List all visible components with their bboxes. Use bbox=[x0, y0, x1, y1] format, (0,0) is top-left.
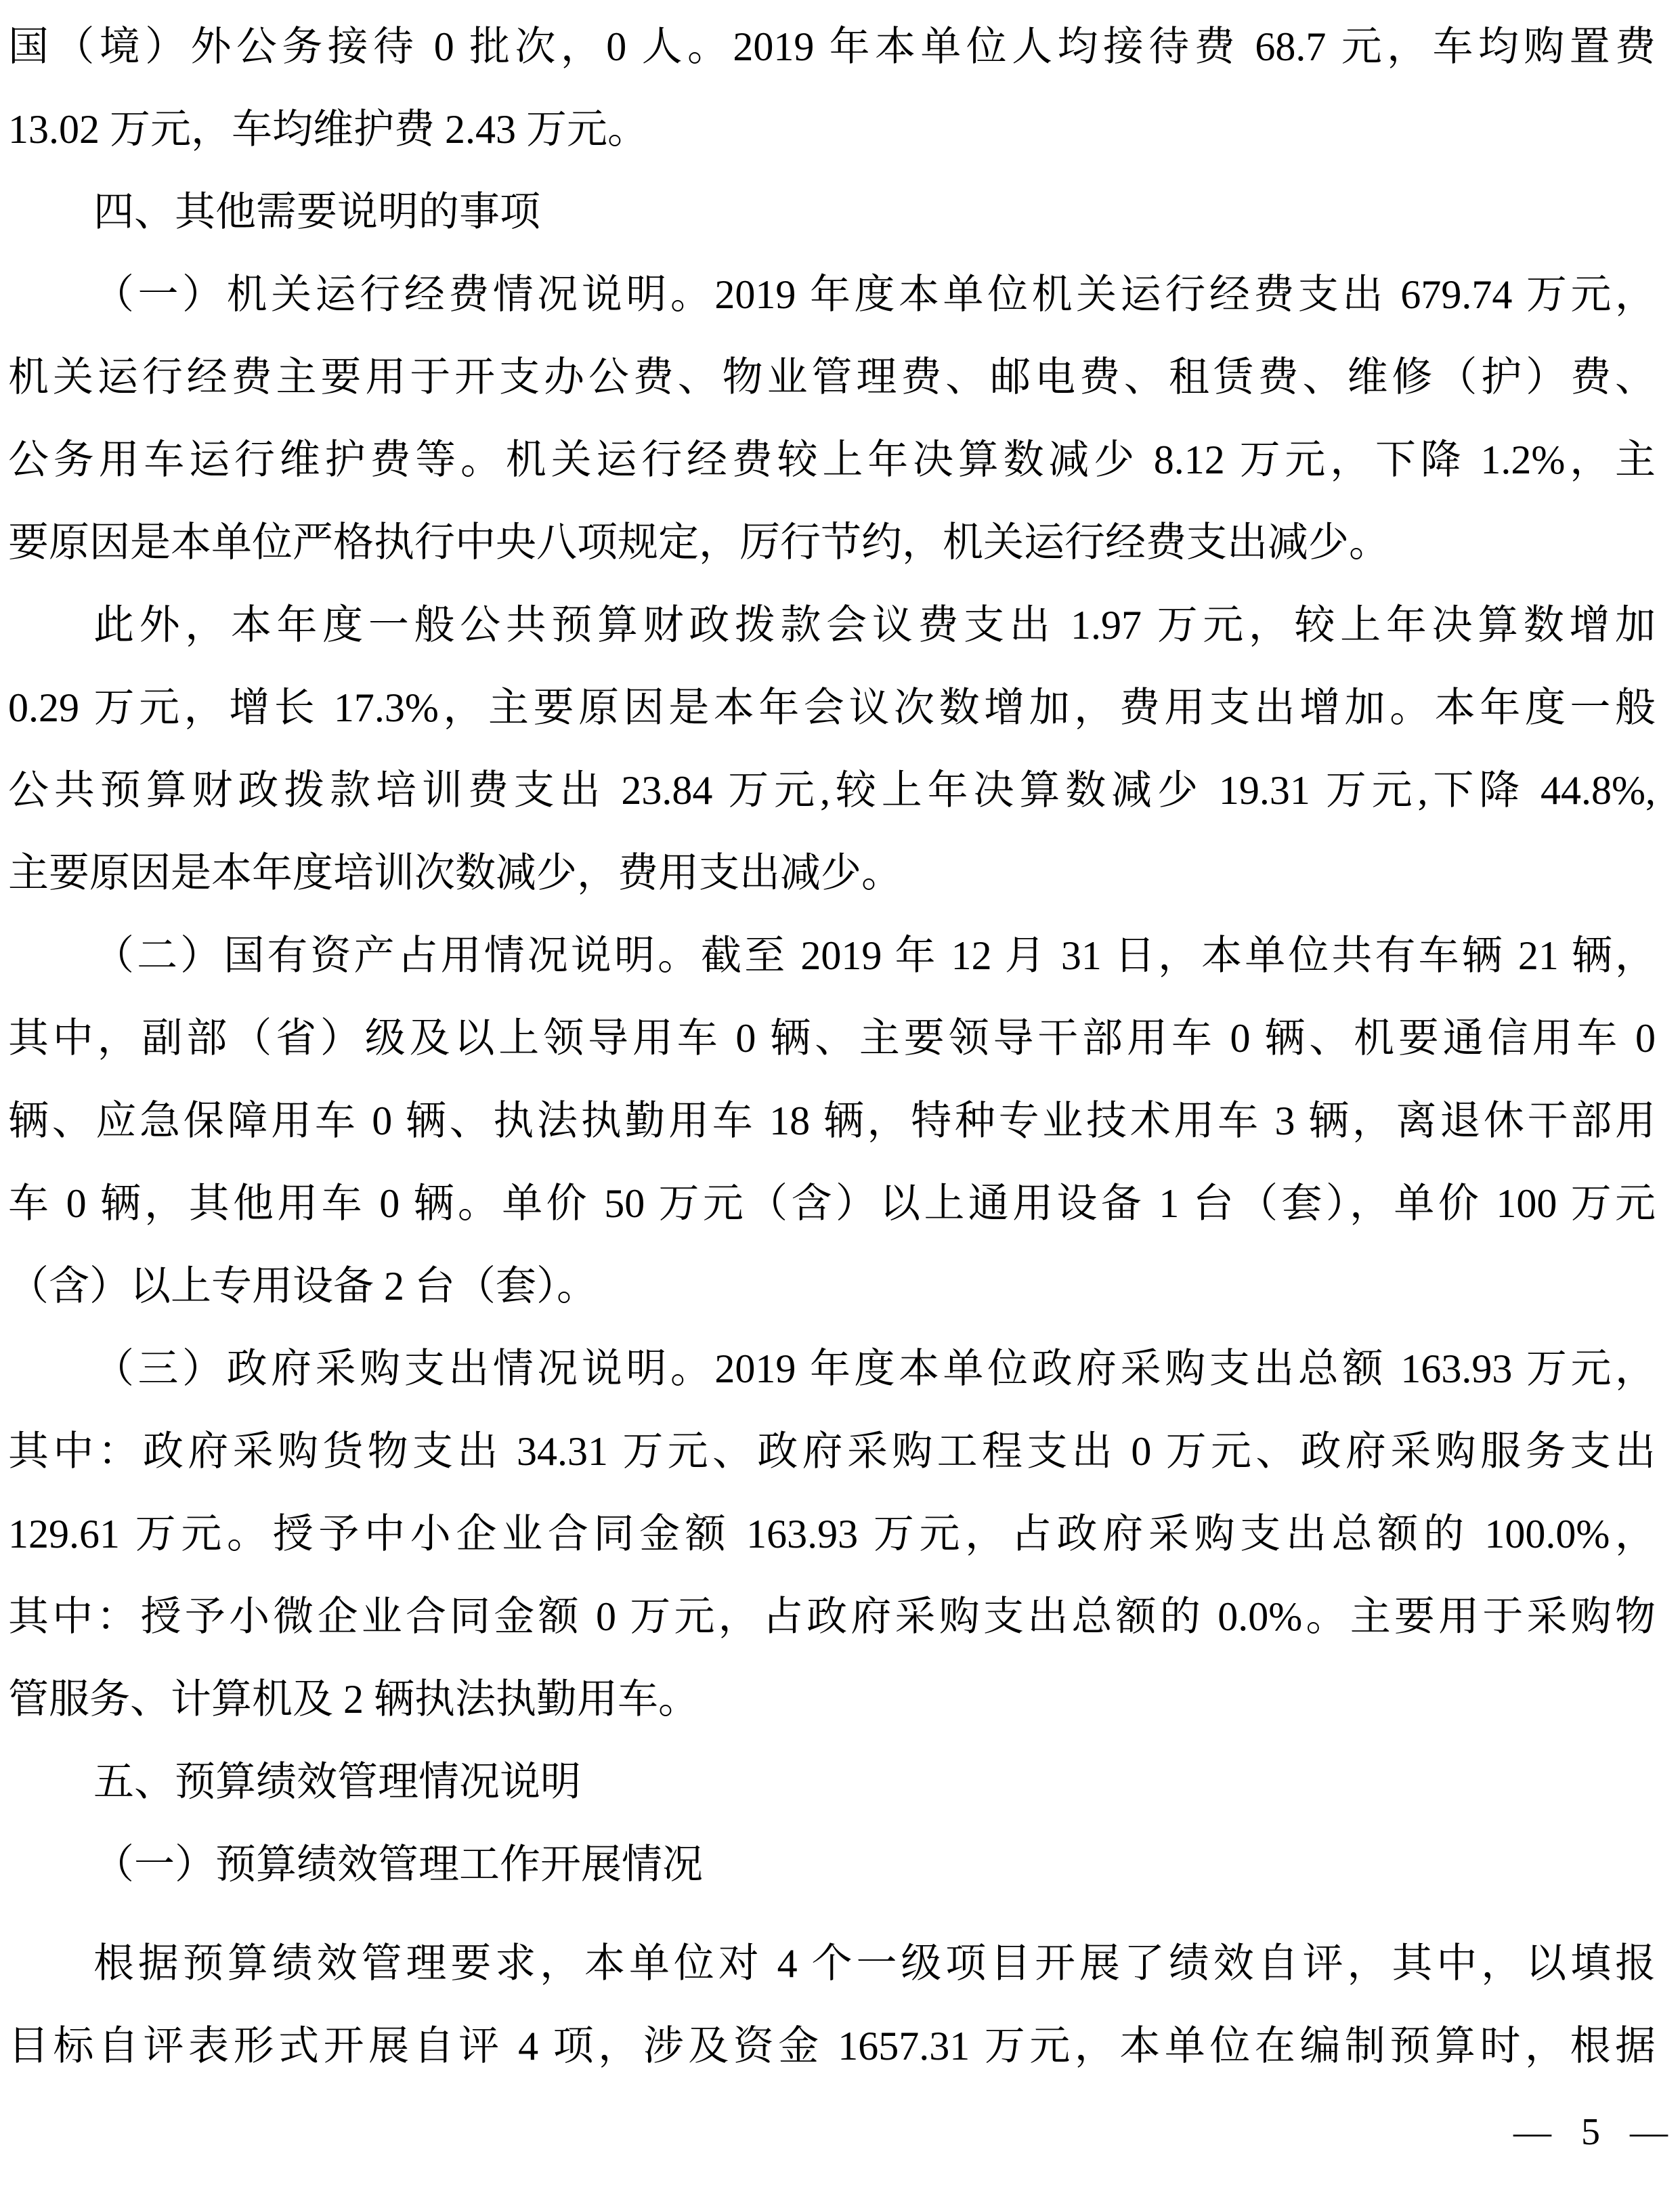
document-page: 国（境）外公务接待 0 批次，0 人。2019 年本单位人均接待费 68.7 元… bbox=[0, 0, 1680, 2191]
page-number: — 5 — bbox=[1513, 2112, 1672, 2152]
text-line: 此外，本年度一般公共预算财政拨款会议费支出 1.97 万元，较上年决算数增加 bbox=[8, 584, 1656, 666]
text-line: （二）国有资产占用情况说明。截至 2019 年 12 月 31 日，本单位共有车… bbox=[8, 914, 1656, 997]
text-line: 管服务、计算机及 2 辆执法执勤用车。 bbox=[8, 1658, 1656, 1741]
document-body: 国（境）外公务接待 0 批次，0 人。2019 年本单位人均接待费 68.7 元… bbox=[8, 5, 1656, 2087]
text-line: 辆、应急保障用车 0 辆、执法执勤用车 18 辆，特种专业技术用车 3 辆，离退… bbox=[8, 1080, 1656, 1162]
text-line: 其中：政府采购货物支出 34.31 万元、政府采购工程支出 0 万元、政府采购服… bbox=[8, 1410, 1656, 1493]
text-line: 目标自评表形式开展自评 4 项，涉及资金 1657.31 万元，本单位在编制预算… bbox=[8, 2005, 1656, 2087]
text-line: 公务用车运行维护费等。机关运行经费较上年决算数减少 8.12 万元，下降 1.2… bbox=[8, 419, 1656, 501]
text-line: （一）机关运行经费情况说明。2019 年度本单位机关运行经费支出 679.74 … bbox=[8, 253, 1656, 336]
text-line: 五、预算绩效管理情况说明 bbox=[8, 1741, 1656, 1823]
text-line: 四、其他需要说明的事项 bbox=[8, 171, 1656, 253]
text-line: 主要原因是本年度培训次数减少，费用支出减少。 bbox=[8, 832, 1656, 914]
text-line: 根据预算绩效管理要求，本单位对 4 个一级项目开展了绩效自评，其中，以填报 bbox=[8, 1922, 1656, 2005]
text-line: （三）政府采购支出情况说明。2019 年度本单位政府采购支出总额 163.93 … bbox=[8, 1327, 1656, 1410]
text-line: 129.61 万元。授予中小企业合同金额 163.93 万元，占政府采购支出总额… bbox=[8, 1493, 1656, 1575]
text-line: 公共预算财政拨款培训费支出 23.84 万元,较上年决算数减少 19.31 万元… bbox=[8, 749, 1656, 832]
text-line: 车 0 辆，其他用车 0 辆。单价 50 万元（含）以上通用设备 1 台（套），… bbox=[8, 1162, 1656, 1245]
text-line: 其中，副部（省）级及以上领导用车 0 辆、主要领导干部用车 0 辆、机要通信用车… bbox=[8, 997, 1656, 1080]
text-line: 13.02 万元，车均维护费 2.43 万元。 bbox=[8, 88, 1656, 171]
text-line: 0.29 万元，增长 17.3%，主要原因是本年会议次数增加，费用支出增加。本年… bbox=[8, 666, 1656, 749]
text-line: 国（境）外公务接待 0 批次，0 人。2019 年本单位人均接待费 68.7 元… bbox=[8, 5, 1656, 88]
text-line: 机关运行经费主要用于开支办公费、物业管理费、邮电费、租赁费、维修（护）费、 bbox=[8, 336, 1656, 419]
text-line: （含）以上专用设备 2 台（套）。 bbox=[8, 1245, 1656, 1327]
text-line: 要原因是本单位严格执行中央八项规定，厉行节约，机关运行经费支出减少。 bbox=[8, 501, 1656, 584]
text-line: （一）预算绩效管理工作开展情况 bbox=[8, 1823, 1656, 1906]
text-line: 其中：授予小微企业合同金额 0 万元，占政府采购支出总额的 0.0%。主要用于采… bbox=[8, 1575, 1656, 1658]
